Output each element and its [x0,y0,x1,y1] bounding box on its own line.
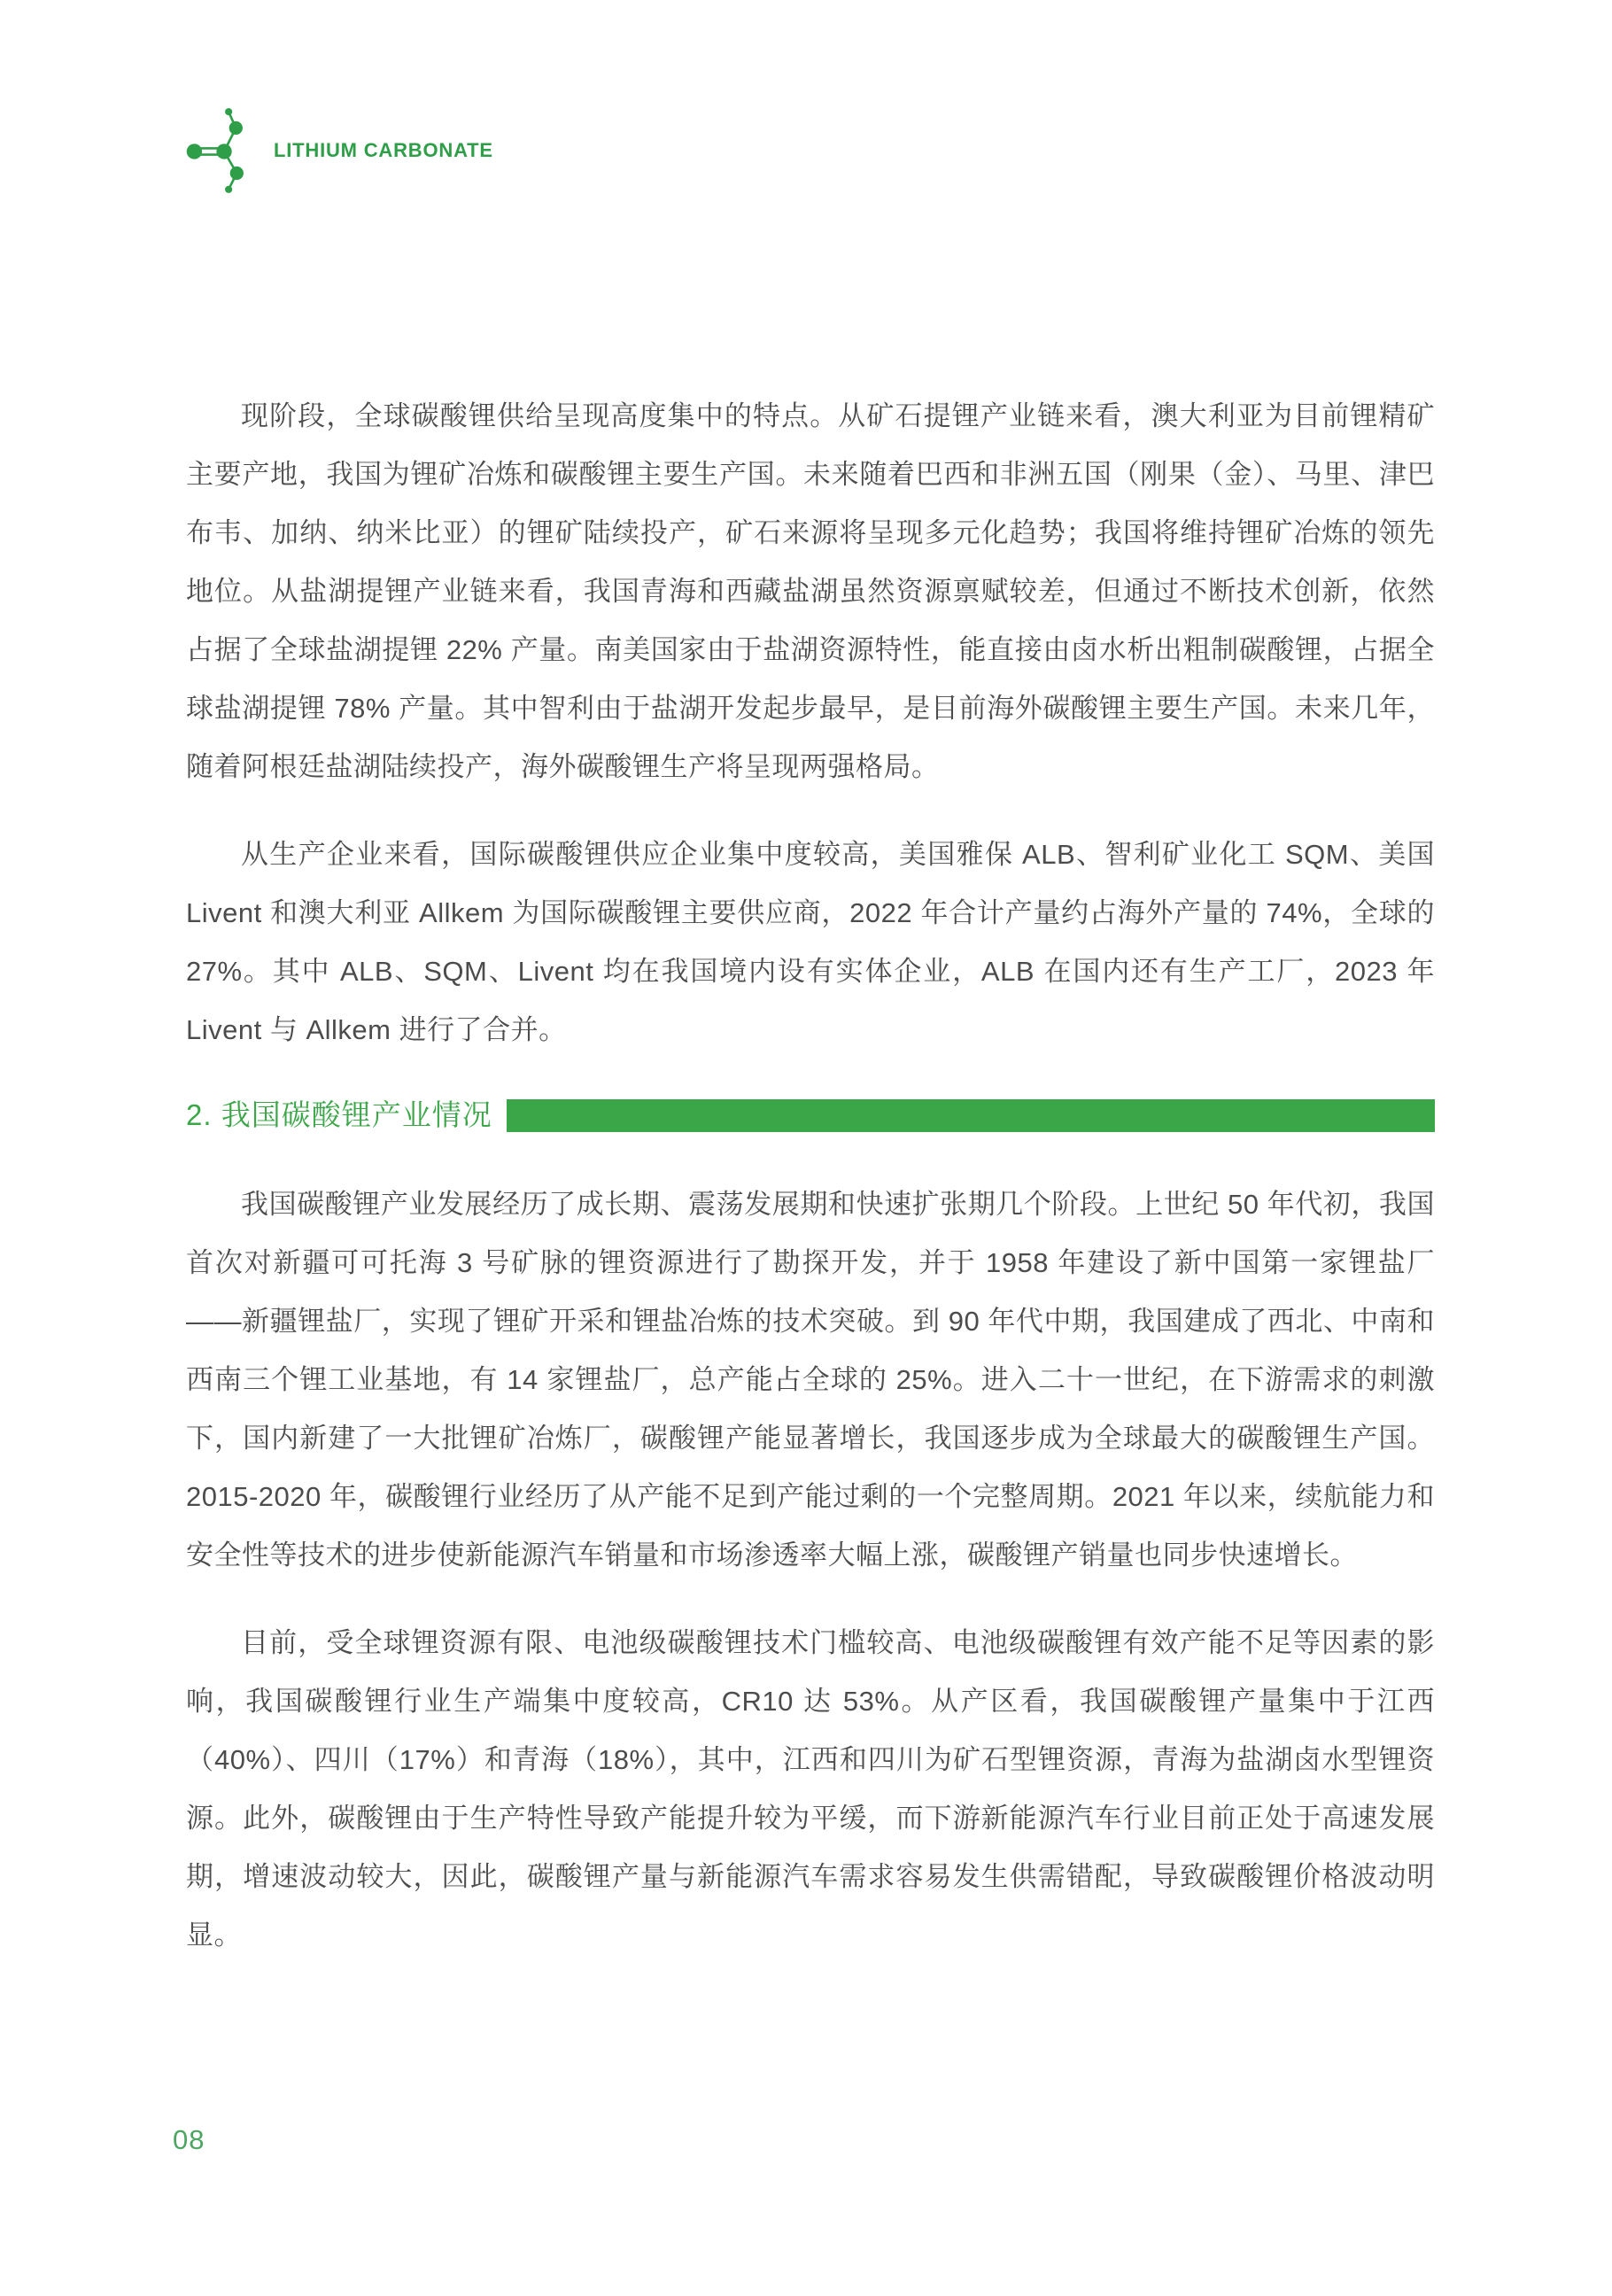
molecule-icon [182,105,263,197]
document-page: LITHIUM CARBONATE 现阶段，全球碳酸锂供给呈现高度集中的特点。从… [0,0,1612,2296]
section-heading-bar [507,1099,1435,1132]
logo-text: LITHIUM CARBONATE [274,139,493,162]
section-heading: 2. 我国碳酸锂产业情况 [186,1096,1435,1135]
section-heading-text: 2. 我国碳酸锂产业情况 [186,1096,492,1135]
paragraph-international-producers: 从生产企业来看，国际碳酸锂供应企业集中度较高，美国雅保 ALB、智利矿业化工 S… [186,826,1435,1059]
page-content: 现阶段，全球碳酸锂供给呈现高度集中的特点。从矿石提锂产业链来看，澳大利亚为目前锂… [186,387,1435,1994]
paragraph-china-industry-history: 我国碳酸锂产业发展经历了成长期、震荡发展期和快速扩张期几个阶段。上世纪 50 年… [186,1175,1435,1585]
page-number: 08 [173,2124,205,2156]
paragraph-china-industry-current: 目前，受全球锂资源有限、电池级碳酸锂技术门槛较高、电池级碳酸锂有效产能不足等因素… [186,1614,1435,1965]
logo: LITHIUM CARBONATE [182,105,493,197]
paragraph-global-supply: 现阶段，全球碳酸锂供给呈现高度集中的特点。从矿石提锂产业链来看，澳大利亚为目前锂… [186,387,1435,796]
